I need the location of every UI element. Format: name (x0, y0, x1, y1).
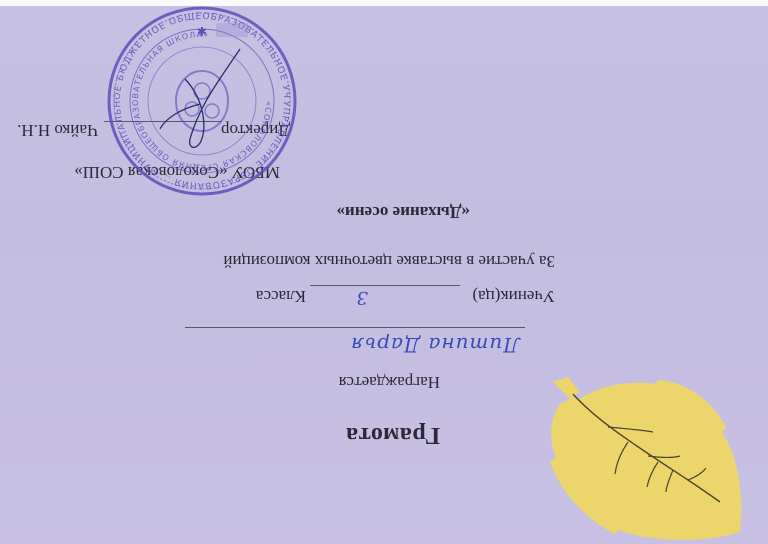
certificate-title: Грамота (346, 421, 440, 448)
coat-of-arms-icon (176, 71, 228, 131)
school-stamp: УПРАВЛЕНИЕ ОБРАЗОВАНИЯ … МУНИЦИПАЛЬНОЕ Б… (104, 3, 300, 199)
class-underline (310, 285, 460, 286)
leaf-icon (538, 372, 748, 542)
award-reason: За участие в выставке цветочных композиц… (223, 251, 555, 271)
awarded-label: Награждается (339, 372, 440, 392)
director-name: Чайко Н.Н. (17, 120, 98, 140)
recipient-name: Литина Дарья (350, 333, 520, 357)
student-label: Ученик(ца) (472, 286, 555, 306)
certificate-sheet: Грамота Награждается Литина Дарья Ученик… (0, 0, 768, 544)
svg-text:«СОКОЛОВСКАЯ СРЕДНЯЯ ОБЩЕОБРАЗ: «СОКОЛОВСКАЯ СРЕДНЯЯ ОБЩЕОБРАЗОВАТЕЛЬНАЯ… (131, 30, 273, 172)
class-value: 3 (356, 287, 368, 308)
star-icon: ✱ (197, 24, 207, 38)
class-label: Класса (256, 286, 306, 306)
recipient-underline (185, 327, 525, 328)
event-name: «Дыхание осени» (336, 202, 470, 222)
stamp-inner-text: «СОКОЛОВСКАЯ СРЕДНЯЯ ОБЩЕОБРАЗОВАТЕЛЬНАЯ… (131, 30, 273, 172)
